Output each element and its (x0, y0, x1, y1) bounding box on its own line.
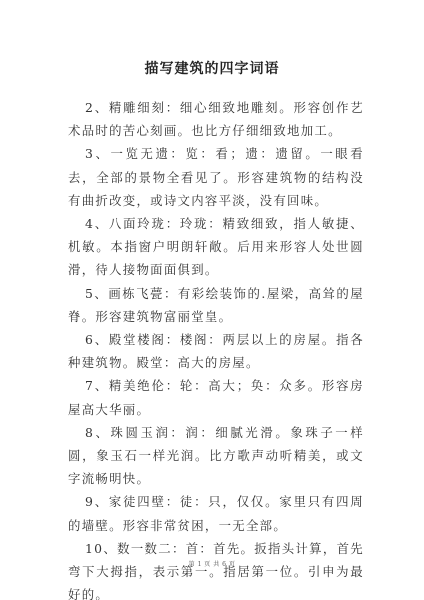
document-body: 2、精雕细刻：细心细致地雕刻。形容创作艺术品时的苦心刻画。也比方仔细细致地加工。… (68, 96, 364, 600)
list-item-8: 8、珠圆玉润：润：细腻光滑。象珠子一样圆，象玉石一样光润。比方歌声动听精美，或文… (68, 421, 364, 491)
list-item-2: 2、精雕细刻：细心细致地雕刻。形容创作艺术品时的苦心刻画。也比方仔细细致地加工。 (68, 96, 364, 142)
list-item-3: 3、一览无遗：览：看；遗：遗留。一眼看去，全部的景物全看见了。形容建筑物的结构没… (68, 142, 364, 212)
list-item-6: 6、殿堂楼阁：楼阁：两层以上的房屋。指各种建筑物。殿堂：高大的房屋。 (68, 328, 364, 374)
list-item-9: 9、家徒四壁：徒：只，仅仅。家里只有四周的墙壁。形容非常贫困，一无全部。 (68, 490, 364, 536)
list-item-4: 4、八面玲珑：玲珑：精致细致，指人敏捷、机敏。本指窗户明朗轩敞。后用来形容人处世… (68, 212, 364, 282)
page-number-footer: 第 1 页 共 6 页 (0, 559, 424, 568)
list-item-10: 10、数一数二：首：首先。扳指头计算，首先弯下大拇指，表示第一。指居第一位。引申… (68, 537, 364, 600)
document-title: 描写建筑的四字词语 (0, 58, 424, 78)
document-page: 描写建筑的四字词语 2、精雕细刻：细心细致地雕刻。形容创作艺术品时的苦心刻画。也… (0, 0, 424, 600)
list-item-5: 5、画栋飞甍：有彩绘装饰的.屋梁，高耸的屋脊。形容建筑物富丽堂皇。 (68, 282, 364, 328)
list-item-7: 7、精美绝伦：轮：高大；奂：众多。形容房屋高大华丽。 (68, 374, 364, 420)
